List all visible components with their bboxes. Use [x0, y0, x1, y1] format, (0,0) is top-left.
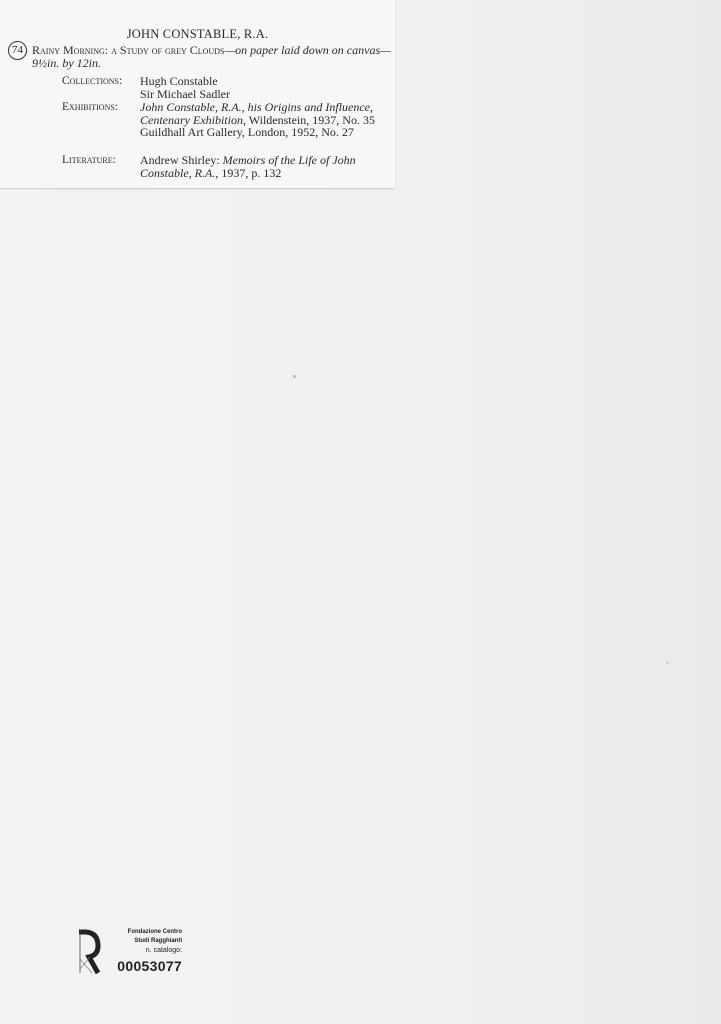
sticker-institution-line1: Fondazione Centro [128, 929, 182, 935]
catalog-sticker: Fondazione Centro Studi Ragghianti n. ca… [72, 926, 188, 978]
artwork-title: Rainy Morning: a Study of grey Clouds—on… [32, 44, 392, 70]
literature-label: Literature: [62, 154, 116, 166]
catalogue-clipping: JOHN CONSTABLE, R.A. 74 Rainy Morning: a… [0, 0, 395, 188]
collections-list: Hugh Constable Sir Michael Sadler [140, 75, 386, 100]
exhibitions-list: John Constable, R.A., his Origins and In… [140, 101, 386, 139]
literature-entry: Andrew Shirley: Memoirs of the Life of J… [140, 154, 386, 179]
exhibition-item: Guildhall Art Gallery, London, 1952, No.… [140, 126, 386, 139]
artist-heading: JOHN CONSTABLE, R.A. [0, 27, 395, 42]
sticker-institution-line2: Studi Ragghianti [134, 938, 182, 944]
exhibition-item: John Constable, R.A., his Origins and In… [140, 101, 386, 126]
catalog-number: 00053077 [117, 958, 182, 974]
exhibitions-label: Exhibitions: [62, 101, 118, 113]
collection-item: Hugh Constable [140, 75, 386, 88]
sticker-catalog-label: n. catalogo: [146, 947, 182, 954]
collections-label: Collections: [62, 75, 122, 87]
ragghianti-logo-icon [76, 929, 102, 975]
collection-item: Sir Michael Sadler [140, 88, 386, 101]
literature-details: , 1937, p. 132 [215, 166, 281, 180]
lot-number-badge: 74 [8, 41, 27, 60]
title-text: Rainy Morning: a Study of grey Clouds [32, 43, 224, 57]
paper-speck [293, 375, 296, 378]
paper-speck [666, 661, 669, 664]
